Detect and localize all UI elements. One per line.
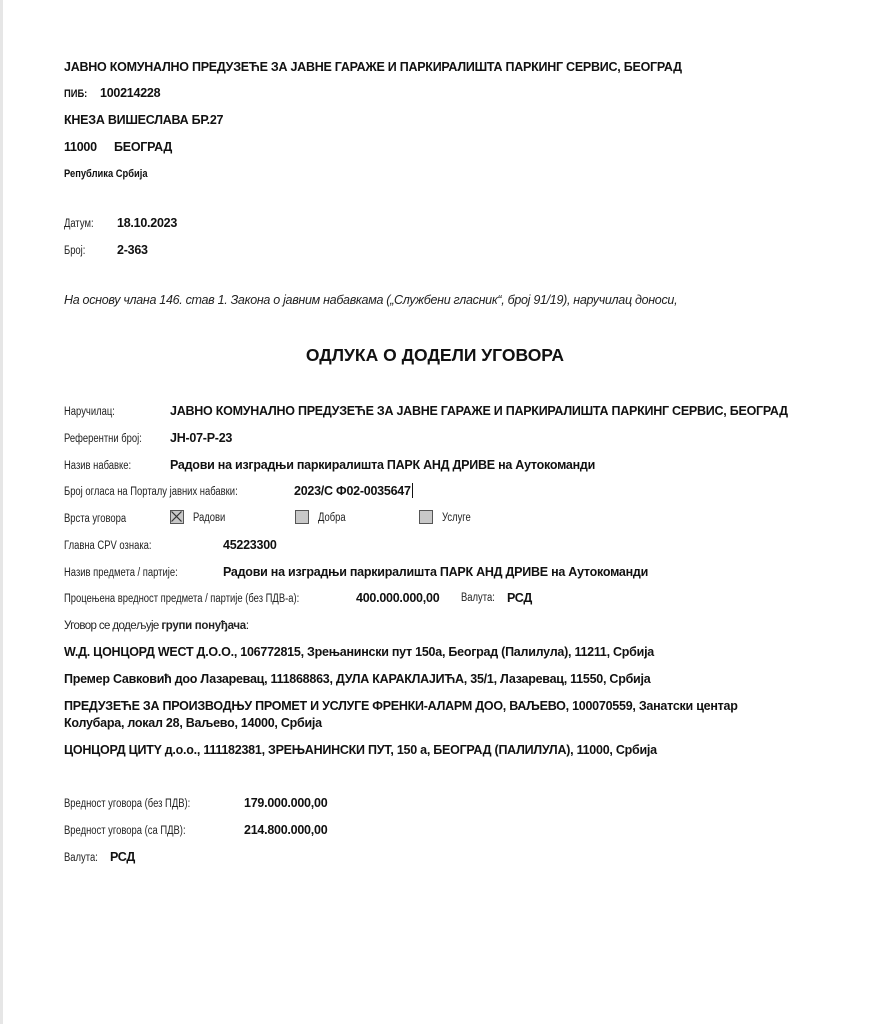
portal-notice-row: Број огласа на Порталу јавних набавки: 2… — [64, 483, 276, 500]
estimated-value: 400.000.000,00 — [356, 590, 439, 606]
estimated-value-label: Процењена вредност предмета / партије (б… — [64, 591, 299, 607]
checkbox-services[interactable] — [419, 510, 433, 524]
document-title: ОДЛУКА О ДОДЕЛИ УГОВОРА — [0, 345, 870, 366]
number-row: Број: 2-363 — [64, 242, 90, 259]
bidder-2: Премер Савковић доо Лазаревац, 111868863… — [64, 671, 650, 687]
cpv-value: 45223300 — [223, 537, 277, 553]
currency-label: Валута: — [461, 590, 495, 606]
contracting-authority-label: Наручилац: — [64, 404, 115, 420]
pib-value: 100214228 — [100, 85, 160, 101]
awarded-to-prefix: Уговор се додељује — [64, 620, 161, 632]
procurement-name-value: Радови на изградњи паркиралишта ПАРК АНД… — [170, 457, 595, 473]
currency-value: РСД — [507, 590, 532, 606]
estimated-value-row: Процењена вредност предмета / партије (б… — [64, 590, 351, 607]
reference-label: Референтни број: — [64, 431, 142, 447]
reference-value: ЈН-07-Р-23 — [170, 430, 232, 446]
contract-type-label: Врста уговора — [64, 511, 126, 527]
contracting-authority-value: ЈАВНО КОМУНАЛНО ПРЕДУЗЕЋЕ ЗА ЈАВНЕ ГАРАЖ… — [170, 403, 788, 419]
portal-notice-value: 2023/С Ф02-0035647 — [294, 484, 411, 498]
checkmark-x-icon — [171, 511, 182, 522]
subject-value: Радови на изградњи паркиралишта ПАРК АНД… — [223, 564, 648, 580]
contract-currency-label: Валута: — [64, 850, 98, 866]
number-value: 2-363 — [117, 242, 148, 258]
portal-notice-value-wrap[interactable]: 2023/С Ф02-0035647 — [294, 483, 413, 499]
checkbox-goods-label: Добра — [318, 510, 346, 526]
contract-currency-row: Валута: РСД — [64, 849, 105, 866]
checkbox-works[interactable] — [170, 510, 184, 524]
awarded-to-suffix: : — [246, 620, 249, 632]
date-label: Датум: — [64, 216, 94, 232]
value-with-vat-label: Вредност уговора (са ПДВ): — [64, 823, 186, 839]
page-edge — [0, 0, 3, 1024]
country: Република Србија — [64, 166, 148, 182]
procurement-name-row: Назив набавке: Радови на изградњи паркир… — [64, 457, 146, 474]
bidder-1: W.Д. ЦОНЦОРД WЕСТ Д.О.О., 106772815, Зре… — [64, 644, 654, 660]
value-with-vat: 214.800.000,00 — [244, 822, 327, 838]
value-without-vat: 179.000.000,00 — [244, 795, 327, 811]
awarded-to-bold: групи понуђача — [161, 620, 246, 632]
country-row: Република Србија — [64, 165, 162, 182]
bidder-3-line-2: Колубара, локал 28, Ваљево, 14000, Србиј… — [64, 715, 322, 731]
contracting-authority-row: Наручилац: ЈАВНО КОМУНАЛНО ПРЕДУЗЕЋЕ ЗА … — [64, 403, 126, 420]
date-row: Датум: 18.10.2023 — [64, 215, 100, 232]
preamble: На основу члана 146. став 1. Закона о ја… — [64, 292, 677, 308]
procurement-name-label: Назив набавке: — [64, 458, 131, 474]
pib-label: ПИБ: — [64, 86, 87, 102]
cpv-row: Главна CPV ознака: 45223300 — [64, 537, 171, 554]
street-address: КНЕЗА ВИШЕСЛАВА БР.27 — [64, 112, 223, 128]
pib-row: ПИБ: 100214228 — [64, 85, 91, 102]
checkbox-services-label: Услуге — [442, 510, 471, 526]
checkbox-works-label: Радови — [193, 510, 225, 526]
checkbox-goods[interactable] — [295, 510, 309, 524]
reference-row: Референтни број: ЈН-07-Р-23 — [64, 430, 159, 447]
subject-label: Назив предмета / партије: — [64, 565, 178, 581]
city-row: 11000 БЕОГРАД — [64, 139, 97, 155]
bidder-4: ЦОНЦОРД ЦИТY д.о.о., 111182381, ЗРЕЊАНИН… — [64, 742, 657, 758]
number-label: Број: — [64, 243, 85, 259]
organization-name: ЈАВНО КОМУНАЛНО ПРЕДУЗЕЋЕ ЗА ЈАВНЕ ГАРАЖ… — [64, 59, 682, 75]
date-value: 18.10.2023 — [117, 215, 177, 231]
text-cursor — [412, 483, 413, 498]
value-with-vat-row: Вредност уговора (са ПДВ): 214.800.000,0… — [64, 822, 212, 839]
postal-code: 11000 — [64, 140, 97, 154]
bidder-3-line-1: ПРЕДУЗЕЋЕ ЗА ПРОИЗВОДЊУ ПРОМЕТ И УСЛУГЕ … — [64, 698, 738, 714]
awarded-to-row: Уговор се додељује групи понуђача: — [64, 617, 249, 634]
cpv-label: Главна CPV ознака: — [64, 538, 152, 554]
contract-currency-value: РСД — [110, 849, 135, 865]
subject-row: Назив предмета / партије: Радови на изгр… — [64, 564, 203, 581]
contract-type-row: Врста уговора — [64, 510, 140, 527]
city: БЕОГРАД — [114, 139, 172, 155]
value-without-vat-row: Вредност уговора (без ПДВ): 179.000.000,… — [64, 795, 218, 812]
portal-notice-label: Број огласа на Порталу јавних набавки: — [64, 484, 238, 500]
value-without-vat-label: Вредност уговора (без ПДВ): — [64, 796, 190, 812]
